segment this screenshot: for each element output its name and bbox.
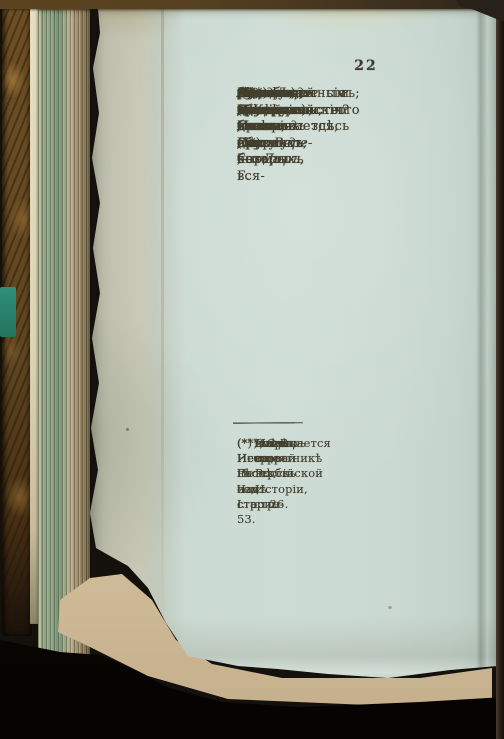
book-scan: 22 (ОлафЪ), Адолбъ, Игорь (*) (Ингварь)С… <box>0 0 504 739</box>
gutter-crease <box>161 8 164 690</box>
footnote-separator <box>233 420 480 424</box>
paper-speck <box>126 428 129 431</box>
leaf-edge-band <box>30 6 39 624</box>
text-segment: именъ не можетъ насъ обмануть; <box>237 86 307 152</box>
paper-speck <box>388 606 392 609</box>
page-number: 22 <box>344 58 388 74</box>
right-fold-shadow <box>476 8 490 690</box>
right-edge-shadow <box>496 0 504 739</box>
book-page: 22 (ОлафЪ), Адолбъ, Игорь (*) (Ингварь)С… <box>88 8 497 690</box>
text-segment: (***) Истор. Росс. Част. I. стр. 53. <box>237 436 278 527</box>
separator-dash <box>233 422 295 424</box>
top-cover-edge <box>0 0 504 9</box>
teal-edge-chip <box>0 287 16 337</box>
